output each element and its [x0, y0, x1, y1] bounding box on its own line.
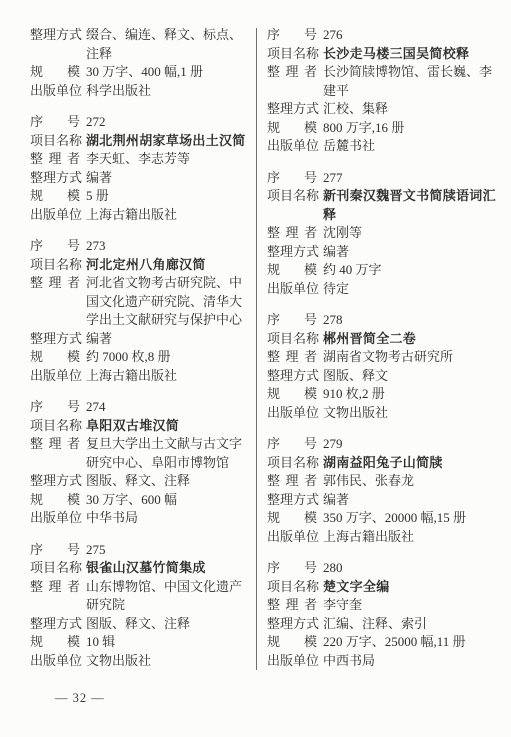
entry: 整理方式缀合、编连、释文、标点、注释规模30 万字、400 幅,1 册出版单位科… — [30, 26, 247, 100]
field-value: 276 — [323, 26, 497, 45]
field-publisher: 出版单位文物出版社 — [267, 404, 497, 423]
page-number: — 32 — — [55, 691, 105, 706]
field-value: 约 7000 枚,8 册 — [86, 348, 247, 367]
field-method: 整理方式缀合、编连、释文、标点、注释 — [30, 26, 247, 63]
field-label: 规模 — [267, 633, 317, 652]
field-label: 规模 — [267, 385, 317, 404]
field-label: 整理者 — [30, 274, 80, 330]
field-scale: 规模30 万字、400 幅,1 册 — [30, 63, 247, 82]
field-compiler: 整理者李天虹、李志芳等 — [30, 150, 247, 169]
right-column: 序号276项目名称长沙走马楼三国吴简校释整理者长沙简牍博物馆、雷长巍、李建平整理… — [267, 26, 497, 670]
field-value: 图版、释文 — [323, 367, 497, 386]
field-label: 整理方式 — [267, 491, 317, 510]
field-value: 汇编、注释、索引 — [323, 615, 497, 634]
field-label: 出版单位 — [267, 652, 317, 671]
field-publisher: 出版单位中西书局 — [267, 652, 497, 671]
field-value: 350 万字、20000 幅,15 册 — [323, 509, 497, 528]
field-value: 河北省文物考古研究院、中国文化遗产研究院、清华大学出土文献研究与保护中心 — [86, 274, 247, 330]
field-label: 规模 — [30, 63, 80, 82]
entry: 序号279项目名称湖南益阳兔子山简牍整理者郭伟民、张春龙整理方式编著规模350 … — [267, 435, 497, 546]
field-value: 编著 — [323, 491, 497, 510]
entry: 序号278项目名称郴州晋简全二卷整理者湖南省文物考古研究所整理方式图版、释文规模… — [267, 311, 497, 422]
field-compiler: 整理者湖南省文物考古研究所 — [267, 348, 497, 367]
field-method: 整理方式汇编、注释、索引 — [267, 615, 497, 634]
field-serial: 序号276 — [267, 26, 497, 45]
field-project-name: 项目名称郴州晋简全二卷 — [267, 330, 497, 349]
field-value: 280 — [323, 559, 497, 578]
field-label: 规模 — [267, 509, 317, 528]
field-scale: 规模30 万字、600 幅 — [30, 491, 247, 510]
field-method: 整理方式图版、释文 — [267, 367, 497, 386]
field-value: 272 — [86, 113, 247, 132]
field-scale: 规模910 枚,2 册 — [267, 385, 497, 404]
field-publisher: 出版单位岳麓书社 — [267, 137, 497, 156]
field-project-name: 项目名称湖北荆州胡家草场出土汉简 — [30, 132, 247, 151]
field-value: 编著 — [86, 330, 247, 349]
field-value: 郭伟民、张春龙 — [323, 472, 497, 491]
field-publisher: 出版单位上海古籍出版社 — [30, 367, 247, 386]
field-label: 序号 — [30, 113, 80, 132]
field-value: 278 — [323, 311, 497, 330]
field-value: 楚文字全编 — [323, 578, 497, 597]
column-divider — [256, 28, 257, 670]
field-serial: 序号280 — [267, 559, 497, 578]
field-label: 序号 — [267, 435, 317, 454]
field-scale: 规模5 册 — [30, 187, 247, 206]
field-value: 30 万字、400 幅,1 册 — [86, 63, 247, 82]
field-value: 阜阳双古堆汉简 — [86, 417, 247, 436]
field-label: 序号 — [30, 398, 80, 417]
field-label: 出版单位 — [30, 367, 80, 386]
field-method: 整理方式编著 — [267, 243, 497, 262]
field-serial: 序号273 — [30, 237, 247, 256]
field-serial: 序号279 — [267, 435, 497, 454]
field-value: 科学出版社 — [86, 82, 247, 101]
field-value: 缀合、编连、释文、标点、注释 — [86, 26, 247, 63]
field-label: 序号 — [30, 541, 80, 560]
field-value: 800 万字,16 册 — [323, 119, 497, 138]
field-method: 整理方式图版、释文、注释 — [30, 472, 247, 491]
field-method: 整理方式图版、释文、注释 — [30, 615, 247, 634]
field-serial: 序号275 — [30, 541, 247, 560]
field-label: 项目名称 — [267, 578, 317, 597]
field-publisher: 出版单位中华书局 — [30, 509, 247, 528]
field-value: 湖北荆州胡家草场出土汉简 — [86, 132, 247, 151]
field-method: 整理方式编著 — [30, 169, 247, 188]
entry: 序号276项目名称长沙走马楼三国吴简校释整理者长沙简牍博物馆、雷长巍、李建平整理… — [267, 26, 497, 156]
field-value: 30 万字、600 幅 — [86, 491, 247, 510]
field-label: 规模 — [30, 348, 80, 367]
field-label: 整理方式 — [30, 615, 80, 634]
field-label: 序号 — [267, 169, 317, 188]
field-serial: 序号272 — [30, 113, 247, 132]
field-method: 整理方式编著 — [30, 330, 247, 349]
field-value: 湖南省文物考古研究所 — [323, 348, 497, 367]
field-value: 新刊秦汉魏晋文书简牍语词汇释 — [323, 187, 497, 224]
field-value: 李天虹、李志芳等 — [86, 150, 247, 169]
field-value: 中西书局 — [323, 652, 497, 671]
field-scale: 规模约 40 万字 — [267, 261, 497, 280]
field-compiler: 整理者郭伟民、张春龙 — [267, 472, 497, 491]
field-value: 郴州晋简全二卷 — [323, 330, 497, 349]
field-publisher: 出版单位待定 — [267, 280, 497, 299]
field-value: 图版、释文、注释 — [86, 615, 247, 634]
field-compiler: 整理者山东博物馆、中国文化遗产研究院 — [30, 578, 247, 615]
field-label: 整理方式 — [30, 472, 80, 491]
field-label: 整理方式 — [30, 330, 80, 349]
field-serial: 序号274 — [30, 398, 247, 417]
field-value: 银雀山汉墓竹简集成 — [86, 559, 247, 578]
field-label: 序号 — [30, 237, 80, 256]
field-project-name: 项目名称阜阳双古堆汉简 — [30, 417, 247, 436]
field-scale: 规模800 万字,16 册 — [267, 119, 497, 138]
field-publisher: 出版单位文物出版社 — [30, 652, 247, 671]
entry: 序号274项目名称阜阳双古堆汉简整理者复旦大学出土文献与古文字研究中心、阜阳市博… — [30, 398, 247, 528]
field-value: 约 40 万字 — [323, 261, 497, 280]
field-publisher: 出版单位上海古籍出版社 — [267, 528, 497, 547]
entry: 序号272项目名称湖北荆州胡家草场出土汉简整理者李天虹、李志芳等整理方式编著规模… — [30, 113, 247, 224]
field-project-name: 项目名称楚文字全编 — [267, 578, 497, 597]
field-value: 编著 — [323, 243, 497, 262]
field-value: 沈刚等 — [323, 224, 497, 243]
field-compiler: 整理者李守奎 — [267, 596, 497, 615]
field-label: 整理者 — [267, 348, 317, 367]
field-scale: 规模10 辑 — [30, 633, 247, 652]
field-publisher: 出版单位上海古籍出版社 — [30, 206, 247, 225]
field-label: 项目名称 — [30, 256, 80, 275]
field-scale: 规模350 万字、20000 幅,15 册 — [267, 509, 497, 528]
field-value: 长沙简牍博物馆、雷长巍、李建平 — [323, 63, 497, 100]
field-value: 湖南益阳兔子山简牍 — [323, 454, 497, 473]
field-project-name: 项目名称银雀山汉墓竹简集成 — [30, 559, 247, 578]
field-value: 273 — [86, 237, 247, 256]
field-project-name: 项目名称新刊秦汉魏晋文书简牍语词汇释 — [267, 187, 497, 224]
field-value: 长沙走马楼三国吴简校释 — [323, 45, 497, 64]
field-label: 出版单位 — [267, 280, 317, 299]
entry: 序号273项目名称河北定州八角廊汉简整理者河北省文物考古研究院、中国文化遗产研究… — [30, 237, 247, 385]
field-label: 序号 — [267, 26, 317, 45]
field-value: 279 — [323, 435, 497, 454]
field-value: 中华书局 — [86, 509, 247, 528]
field-label: 整理方式 — [267, 243, 317, 262]
field-value: 岳麓书社 — [323, 137, 497, 156]
field-value: 汇校、集释 — [323, 100, 497, 119]
field-project-name: 项目名称长沙走马楼三国吴简校释 — [267, 45, 497, 64]
field-label: 整理方式 — [267, 615, 317, 634]
field-serial: 序号277 — [267, 169, 497, 188]
field-label: 项目名称 — [30, 132, 80, 151]
field-compiler: 整理者复旦大学出土文献与古文字研究中心、阜阳市博物馆 — [30, 435, 247, 472]
field-label: 整理方式 — [30, 26, 80, 63]
field-value: 李守奎 — [323, 596, 497, 615]
field-label: 出版单位 — [267, 137, 317, 156]
field-label: 项目名称 — [30, 559, 80, 578]
field-project-name: 项目名称湖南益阳兔子山简牍 — [267, 454, 497, 473]
field-value: 277 — [323, 169, 497, 188]
field-label: 整理方式 — [267, 367, 317, 386]
field-label: 出版单位 — [30, 652, 80, 671]
field-label: 序号 — [267, 559, 317, 578]
field-value: 文物出版社 — [323, 404, 497, 423]
field-label: 整理者 — [267, 596, 317, 615]
field-serial: 序号278 — [267, 311, 497, 330]
field-label: 整理者 — [30, 150, 80, 169]
field-project-name: 项目名称河北定州八角廊汉简 — [30, 256, 247, 275]
field-value: 275 — [86, 541, 247, 560]
field-label: 整理者 — [30, 435, 80, 472]
field-label: 项目名称 — [267, 45, 317, 64]
field-value: 910 枚,2 册 — [323, 385, 497, 404]
field-label: 项目名称 — [30, 417, 80, 436]
field-label: 项目名称 — [267, 330, 317, 349]
left-column: 整理方式缀合、编连、释文、标点、注释规模30 万字、400 幅,1 册出版单位科… — [30, 26, 247, 670]
field-value: 文物出版社 — [86, 652, 247, 671]
page-body: 整理方式缀合、编连、释文、标点、注释规模30 万字、400 幅,1 册出版单位科… — [0, 0, 511, 670]
field-value: 274 — [86, 398, 247, 417]
field-publisher: 出版单位科学出版社 — [30, 82, 247, 101]
field-method: 整理方式编著 — [267, 491, 497, 510]
field-label: 整理者 — [30, 578, 80, 615]
field-label: 出版单位 — [30, 206, 80, 225]
field-label: 规模 — [267, 119, 317, 138]
field-label: 项目名称 — [267, 187, 317, 224]
field-scale: 规模约 7000 枚,8 册 — [30, 348, 247, 367]
field-label: 整理者 — [267, 63, 317, 100]
field-label: 整理者 — [267, 472, 317, 491]
entry: 序号275项目名称银雀山汉墓竹简集成整理者山东博物馆、中国文化遗产研究院整理方式… — [30, 541, 247, 671]
field-value: 复旦大学出土文献与古文字研究中心、阜阳市博物馆 — [86, 435, 247, 472]
field-compiler: 整理者长沙简牍博物馆、雷长巍、李建平 — [267, 63, 497, 100]
field-value: 图版、释文、注释 — [86, 472, 247, 491]
field-scale: 规模220 万字、25000 幅,11 册 — [267, 633, 497, 652]
field-label: 整理者 — [267, 224, 317, 243]
entry: 序号280项目名称楚文字全编整理者李守奎整理方式汇编、注释、索引规模220 万字… — [267, 559, 497, 670]
entry: 序号277项目名称新刊秦汉魏晋文书简牍语词汇释整理者沈刚等整理方式编著规模约 4… — [267, 169, 497, 299]
field-label: 出版单位 — [267, 404, 317, 423]
field-label: 项目名称 — [267, 454, 317, 473]
field-compiler: 整理者河北省文物考古研究院、中国文化遗产研究院、清华大学出土文献研究与保护中心 — [30, 274, 247, 330]
field-value: 待定 — [323, 280, 497, 299]
field-compiler: 整理者沈刚等 — [267, 224, 497, 243]
field-value: 上海古籍出版社 — [86, 367, 247, 386]
field-label: 规模 — [267, 261, 317, 280]
field-label: 规模 — [30, 633, 80, 652]
field-value: 河北定州八角廊汉简 — [86, 256, 247, 275]
field-value: 编著 — [86, 169, 247, 188]
field-method: 整理方式汇校、集释 — [267, 100, 497, 119]
field-label: 出版单位 — [30, 82, 80, 101]
field-value: 5 册 — [86, 187, 247, 206]
field-label: 规模 — [30, 187, 80, 206]
field-label: 序号 — [267, 311, 317, 330]
field-label: 出版单位 — [30, 509, 80, 528]
field-value: 上海古籍出版社 — [323, 528, 497, 547]
field-value: 220 万字、25000 幅,11 册 — [323, 633, 497, 652]
field-value: 山东博物馆、中国文化遗产研究院 — [86, 578, 247, 615]
field-value: 上海古籍出版社 — [86, 206, 247, 225]
field-label: 出版单位 — [267, 528, 317, 547]
field-label: 整理方式 — [30, 169, 80, 188]
field-label: 规模 — [30, 491, 80, 510]
field-label: 整理方式 — [267, 100, 317, 119]
field-value: 10 辑 — [86, 633, 247, 652]
